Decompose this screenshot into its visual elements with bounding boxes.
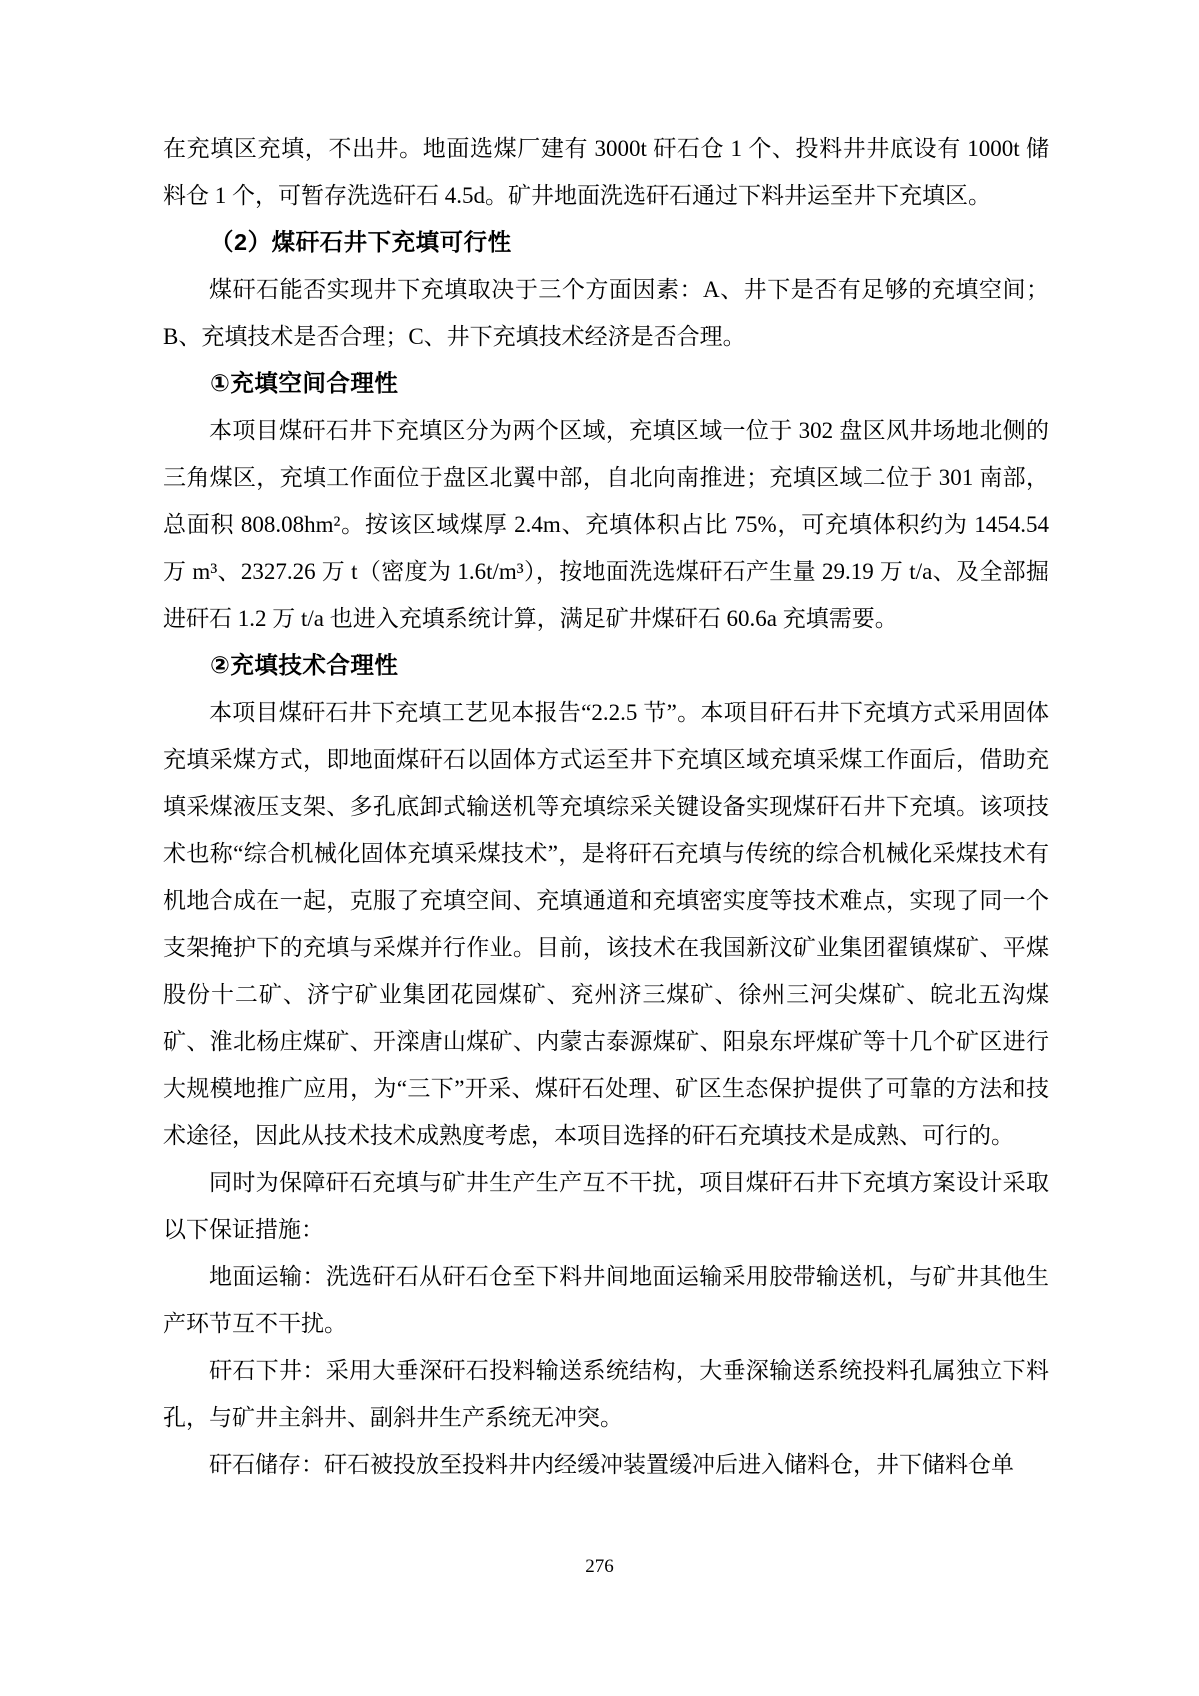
paragraph-measures-intro: 同时为保障矸石充填与矿井生产生产互不干扰，项目煤矸石井下充填方案设计采取以下保证…: [163, 1159, 1049, 1253]
paragraph-gangue-storage: 矸石储存：矸石被投放至投料井内经缓冲装置缓冲后进入储料仓，井下储料仓单: [163, 1441, 1049, 1488]
document-page: 在充填区充填，不出井。地面选煤厂建有 3000t 矸石仓 1 个、投料井井底设有…: [0, 0, 1199, 1696]
subsection-heading-space-rationality: ①充填空间合理性: [163, 360, 1049, 407]
paragraph-gangue-down-shaft: 矸石下井：采用大垂深矸石投料输送系统结构，大垂深输送系统投料孔属独立下料孔，与矿…: [163, 1347, 1049, 1441]
paragraph-tech-rationality: 本项目煤矸石井下充填工艺见本报告“2.2.5 节”。本项目矸石井下充填方式采用固…: [163, 689, 1049, 1159]
paragraph-intro-continuation: 在充填区充填，不出井。地面选煤厂建有 3000t 矸石仓 1 个、投料井井底设有…: [163, 125, 1049, 219]
page-number: 276: [0, 1553, 1199, 1581]
section-heading-feasibility: （2）煤矸石井下充填可行性: [163, 219, 1049, 266]
subsection-heading-tech-rationality: ②充填技术合理性: [163, 642, 1049, 689]
paragraph-surface-transport: 地面运输：洗选矸石从矸石仓至下料井间地面运输采用胶带输送机，与矿井其他生产环节互…: [163, 1253, 1049, 1347]
paragraph-space-rationality: 本项目煤矸石井下充填区分为两个区域，充填区域一位于 302 盘区风井场地北侧的三…: [163, 407, 1049, 642]
paragraph-factors: 煤矸石能否实现井下充填取决于三个方面因素：A、井下是否有足够的充填空间；B、充填…: [163, 266, 1049, 360]
